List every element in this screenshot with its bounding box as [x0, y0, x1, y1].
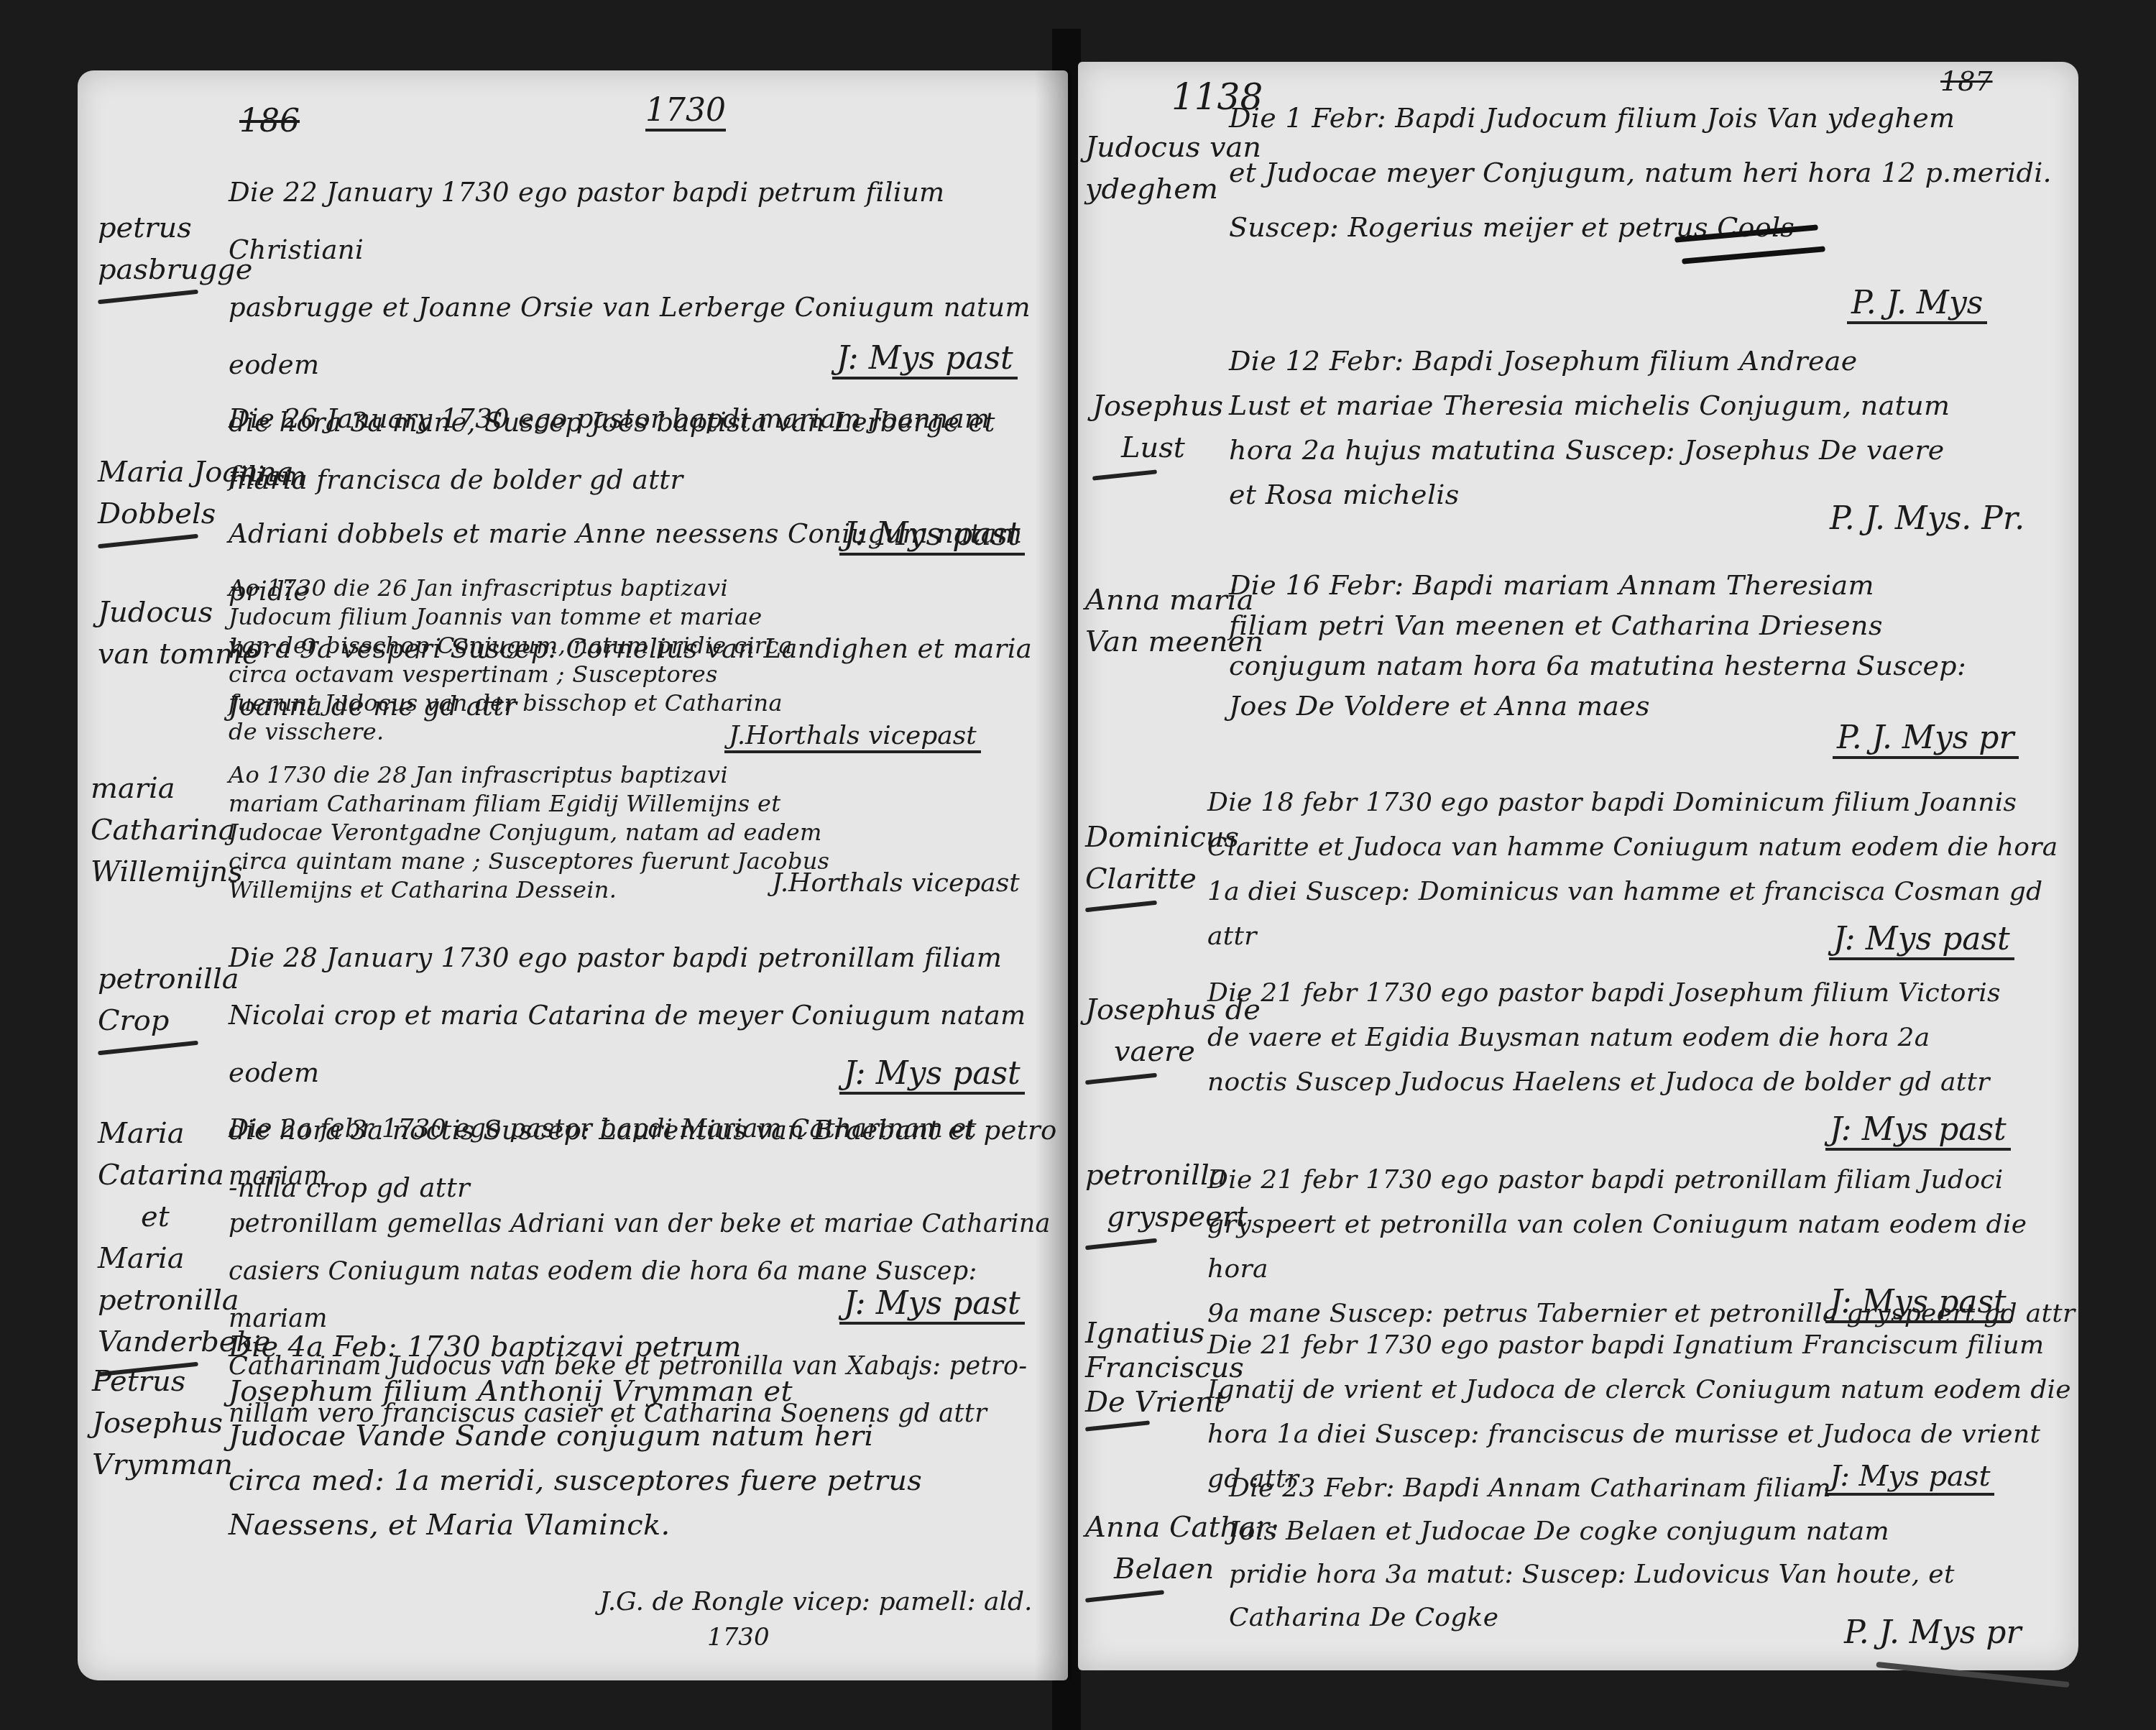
- entry-signature: P. J. Mys. Pr.: [1825, 500, 2029, 537]
- entry-signature: P. J. Mys: [1847, 285, 1987, 324]
- entry-signature: J: Mys past: [839, 516, 1025, 556]
- entry-signature-date: 1730: [703, 1623, 774, 1652]
- entry-signature: P. J. Mys pr: [1840, 1614, 2026, 1651]
- entry-signature: J: Mys past: [839, 1055, 1025, 1095]
- entry-signature: J: Mys past: [832, 340, 1018, 379]
- entry-signature: J: Mys past: [1825, 1284, 2011, 1323]
- entry-signature: J.Horthals vicepast: [724, 721, 981, 753]
- gutter-shadow: [1035, 70, 1071, 1680]
- entry-text: Die 4a Feb: 1730 baptizavi petrum Joseph…: [229, 1325, 1069, 1547]
- entry-text: Die 1 Febr: Bapdi Judocum filium Jois Va…: [1229, 91, 2070, 254]
- entry-text: Die 23 Febr: Bapdi Annam Catharinam fili…: [1229, 1467, 2077, 1639]
- right-page: 1138 187 Judocus van ydeghem Die 1 Febr:…: [1078, 62, 2078, 1670]
- entry-signature: J: Mys past: [1825, 1111, 2011, 1151]
- left-page-number: 186: [239, 103, 300, 139]
- page-year-header: 1730: [645, 92, 726, 132]
- entry-text: Ao 1730 die 26 Jan infrascriptus baptiza…: [229, 574, 1062, 746]
- entry-text: Die 16 Febr: Bapdi mariam Annam Theresia…: [1229, 565, 2070, 726]
- left-page: 186 1730 petrus pasbrugge Die 22 January…: [78, 70, 1068, 1680]
- entry-signature: J.G. de Rongle vicep: pamell: ald.: [595, 1587, 1036, 1616]
- closing-stroke: [1876, 1662, 2069, 1688]
- entry-text: Die 21 febr 1730 ego pastor bapdi Joseph…: [1207, 971, 2070, 1105]
- entry-signature: J: Mys past: [1829, 921, 2014, 960]
- entry-text: Die 12 Febr: Bapdi Josephum filium Andre…: [1229, 339, 2070, 517]
- entry-signature: J.Horthals vicepast: [768, 868, 1024, 898]
- entry-signature: P. J. Mys pr: [1833, 719, 2019, 759]
- entry-signature: J: Mys past: [839, 1285, 1025, 1325]
